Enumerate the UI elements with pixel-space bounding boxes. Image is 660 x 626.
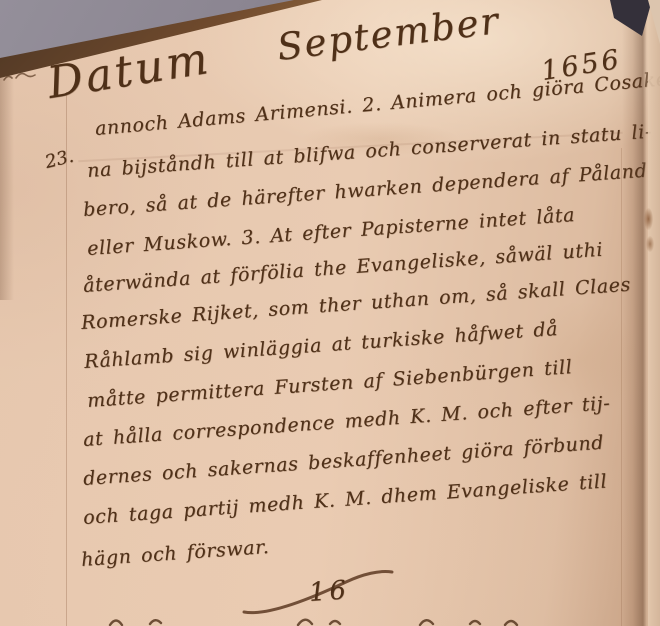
paper-damage-speck (646, 236, 654, 252)
manuscript-page: Datum September 1656 23. annoch Adams Ar… (0, 0, 660, 626)
manuscript-photo: Datum September 1656 23. annoch Adams Ar… (0, 0, 660, 626)
facing-page-edge (648, 0, 660, 626)
next-line-cutoff-strokes (0, 612, 660, 626)
header-month-title: September (275, 0, 503, 69)
footer-entry-number: 16 (308, 575, 351, 608)
paper-damage-speck (644, 208, 653, 230)
margin-entry-number: 23. (43, 146, 76, 173)
left-margin-rule (66, 92, 67, 626)
